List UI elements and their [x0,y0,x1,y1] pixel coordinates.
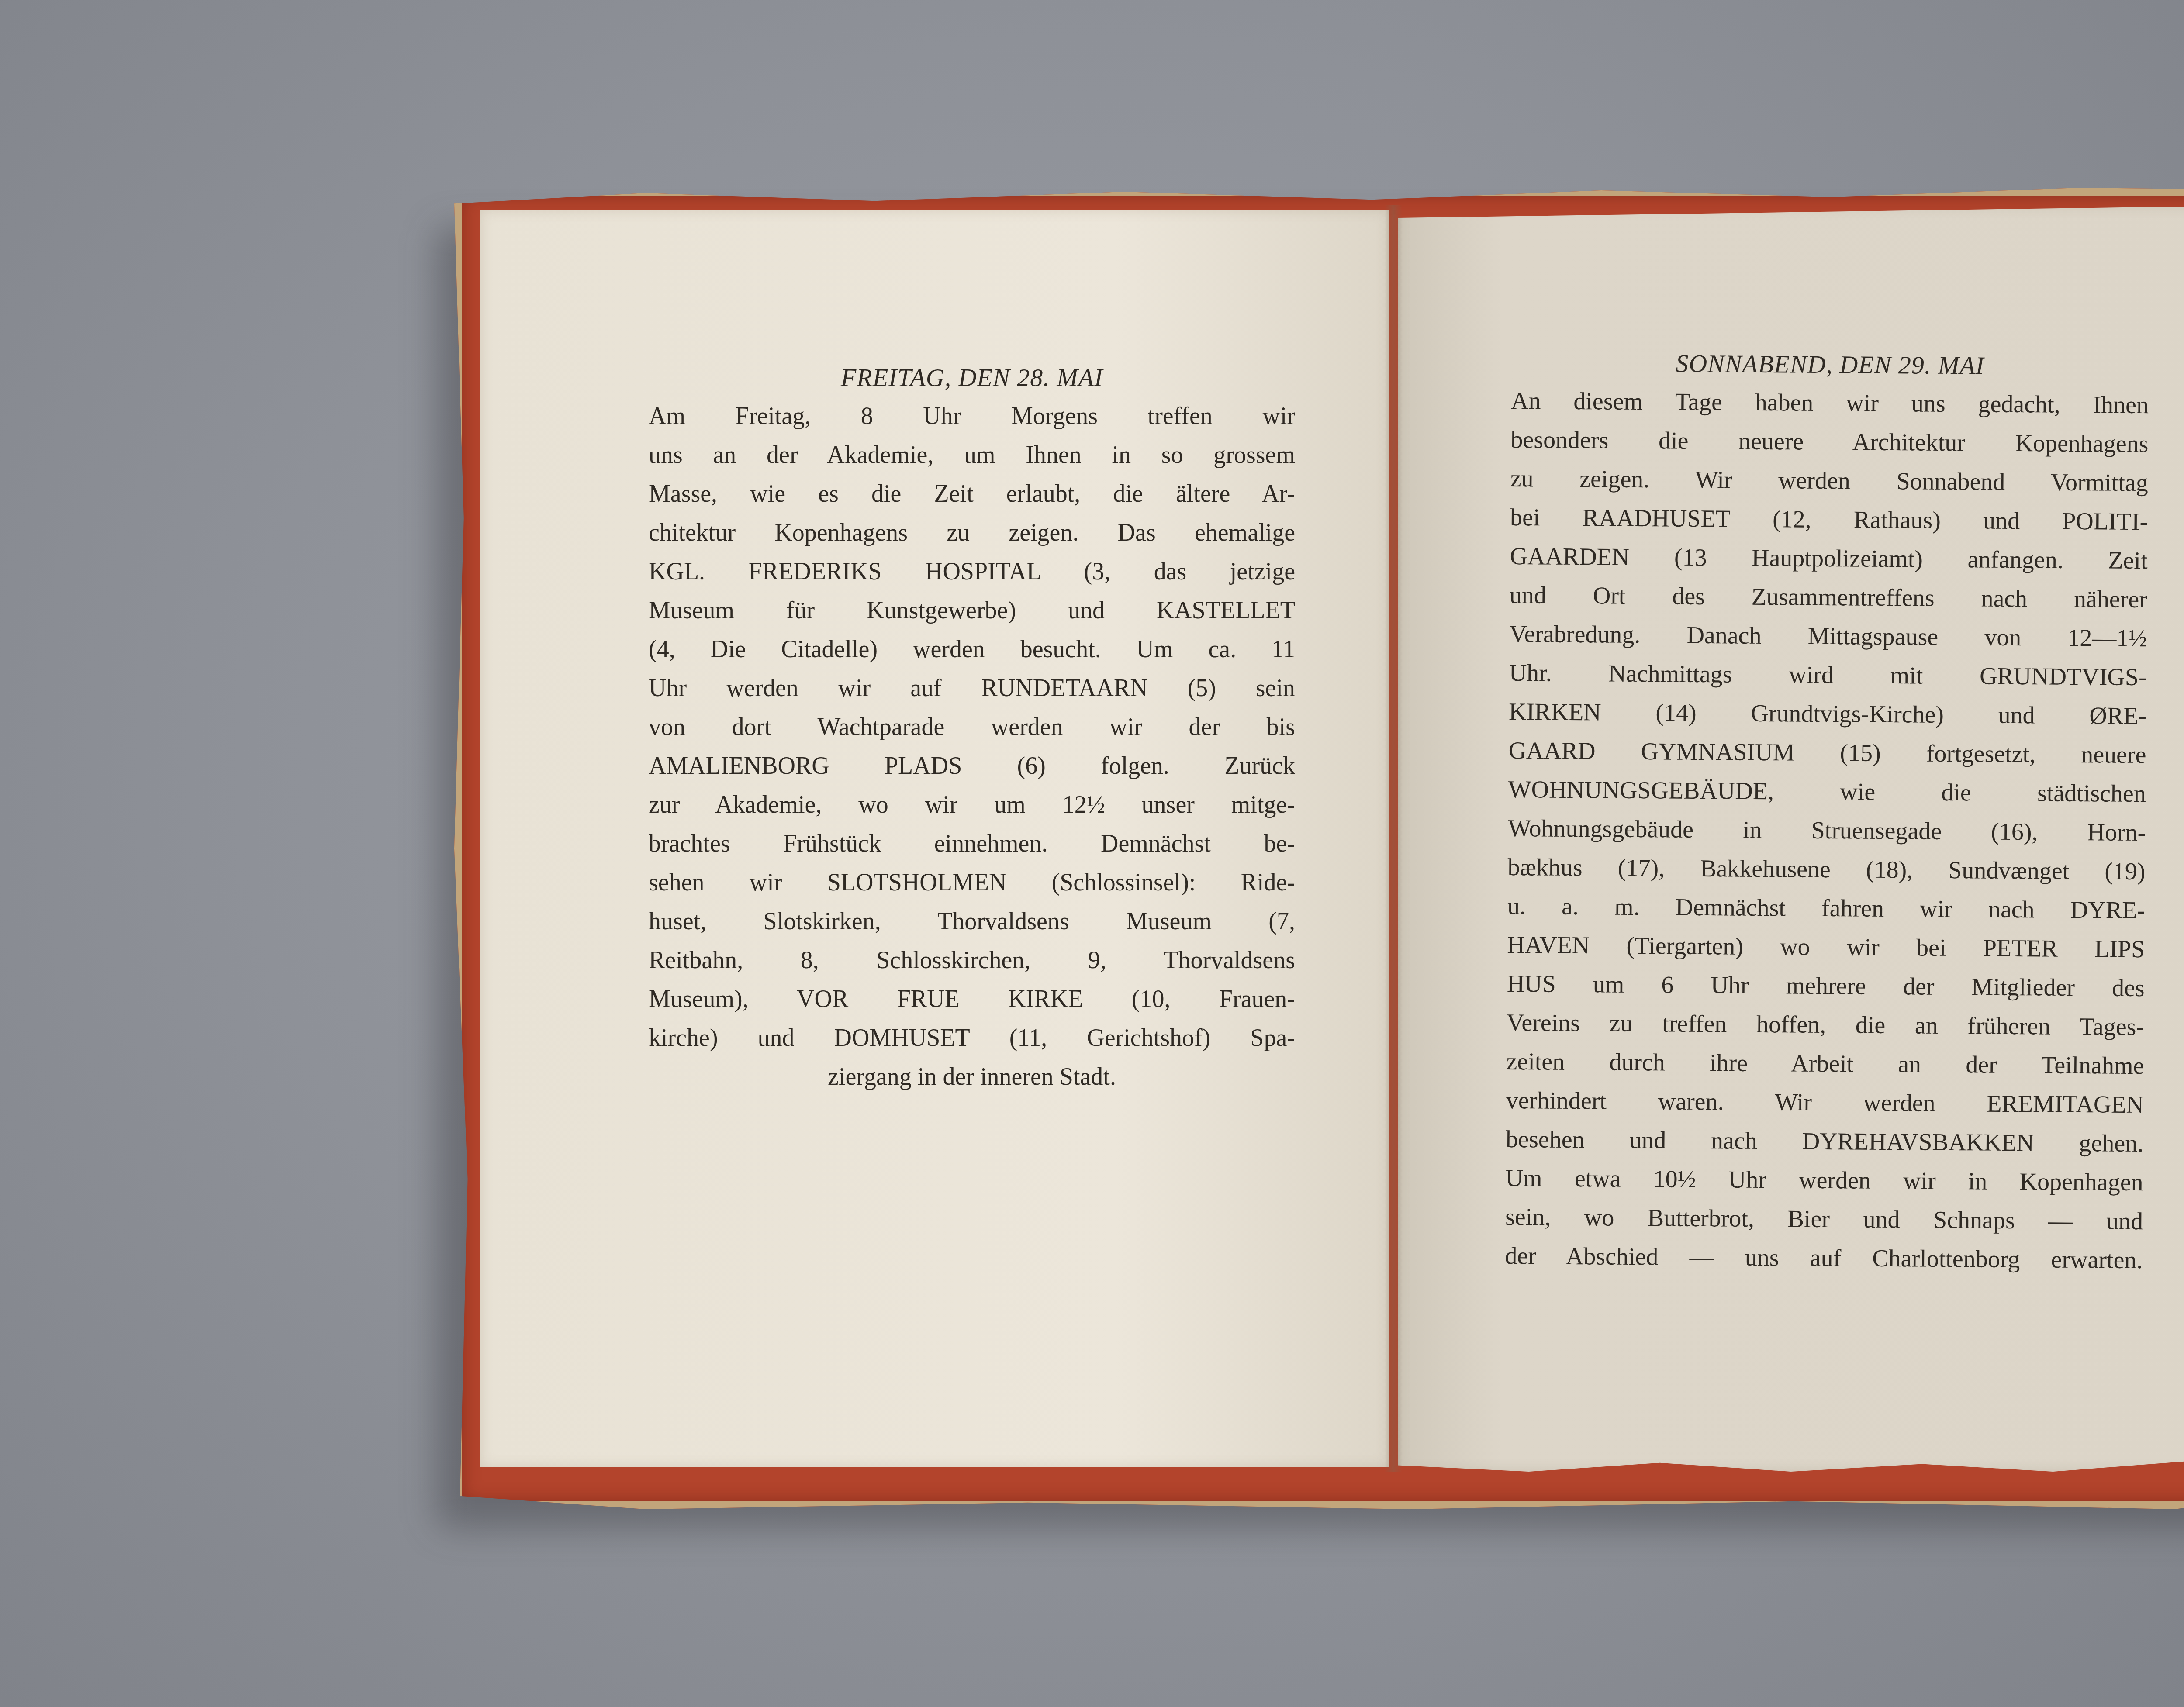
text-line: Museum für Kunstgewerbe) und KASTELLET [649,591,1295,630]
text-line: Uhr. Nachmittags wird mit GRUNDTVIGS- [1509,654,2147,697]
text-line: KIRKEN (14) Grundtvigs-Kirche) und ØRE- [1509,693,2147,736]
text-line: HUS um 6 Uhr mehrere der Mitglieder des [1507,965,2145,1008]
text-line: der Abschied — uns auf Charlottenborg er… [1505,1237,2143,1280]
text-line: huset, Slotskirken, Thorvaldsens Museum … [649,902,1295,941]
text-line: Masse, wie es die Zeit erlaubt, die älte… [649,475,1295,514]
text-line: brachtes Frühstück einnehmen. Demnächst … [649,824,1295,863]
text-line: AMALIENBORG PLADS (6) folgen. Zurück [649,747,1295,786]
text-line: uns an der Akademie, um Ihnen in so gros… [649,436,1295,475]
text-line: zu zeigen. Wir werden Sonnabend Vormitta… [1510,459,2149,503]
text-line: bækhus (17), Bakkehusene (18), Sundvænge… [1507,848,2146,891]
text-line: und Ort des Zusammentreffens nach nähere… [1510,576,2148,619]
text-line: kirche) und DOMHUSET (11, Gerichtshof) S… [649,1019,1295,1058]
left-page-heading: FREITAG, DEN 28. MAI [649,360,1295,395]
text-line: Reitbahn, 8, Schlosskirchen, 9, Thorvald… [649,941,1295,980]
left-page-text: FREITAG, DEN 28. MAI Am Freitag, 8 Uhr M… [649,360,1295,1097]
right-page-heading: SONNABEND, DEN 29. MAI [1511,345,2149,384]
text-line: besehen und nach DYREHAVSBAKKEN gehen. [1506,1120,2144,1163]
text-line: WOHNUNGSGEBÄUDE, wie die städtischen [1508,770,2146,814]
text-line: chitektur Kopenhagens zu zeigen. Das ehe… [649,514,1295,552]
text-line: KGL. FREDERIKS HOSPITAL (3, das jetzige [649,552,1295,591]
text-line: Uhr werden wir auf RUNDETAARN (5) sein [649,669,1295,708]
text-line: verhindert waren. Wir werden EREMITAGEN [1506,1081,2144,1124]
text-line: von dort Wachtparade werden wir der bis [649,708,1295,747]
book-gutter [1385,205,1402,1472]
text-line: u. a. m. Demnächst fahren wir nach DYRE- [1507,887,2146,930]
text-line: zur Akademie, wo wir um 12½ unser mitge- [649,786,1295,824]
text-line: Vereins zu treffen hoffen, die an früher… [1507,1004,2145,1047]
right-page-text: SONNABEND, DEN 29. MAI An diesem Tage ha… [1505,345,2149,1280]
text-line: Wohnungsgebäude in Struensegade (16), Ho… [1508,809,2146,852]
text-line: Museum), VOR FRUE KIRKE (10, Frauen- [649,980,1295,1019]
text-line: GAARD GYMNASIUM (15) fortgesetzt, neuere [1508,731,2146,775]
text-line: HAVEN (Tiergarten) wo wir bei PETER LIPS [1507,926,2145,969]
text-line: sehen wir SLOTSHOLMEN (Schlossinsel): Ri… [649,863,1295,902]
text-line: (4, Die Citadelle) werden besucht. Um ca… [649,630,1295,669]
text-line: Um etwa 10½ Uhr werden wir in Kopenhagen [1505,1159,2143,1202]
text-line: bei RAADHUSET (12, Rathaus) und POLITI- [1510,498,2148,541]
text-line-final: ziergang in der inneren Stadt. [649,1058,1295,1097]
text-line: Verabredung. Danach Mittagspause von 12—… [1509,615,2147,658]
text-line: zeiten durch ihre Arbeit an der Teilnahm… [1506,1042,2144,1086]
text-line: besonders die neuere Architektur Kopenha… [1510,421,2149,464]
text-line: An diesem Tage haben wir uns gedacht, Ih… [1511,382,2149,425]
text-line: GAARDEN (13 Hauptpolizeiamt) anfangen. Z… [1510,537,2148,580]
text-line: sein, wo Butterbrot, Bier und Schnaps — … [1505,1198,2143,1241]
text-line: Am Freitag, 8 Uhr Morgens treffen wir [649,397,1295,436]
